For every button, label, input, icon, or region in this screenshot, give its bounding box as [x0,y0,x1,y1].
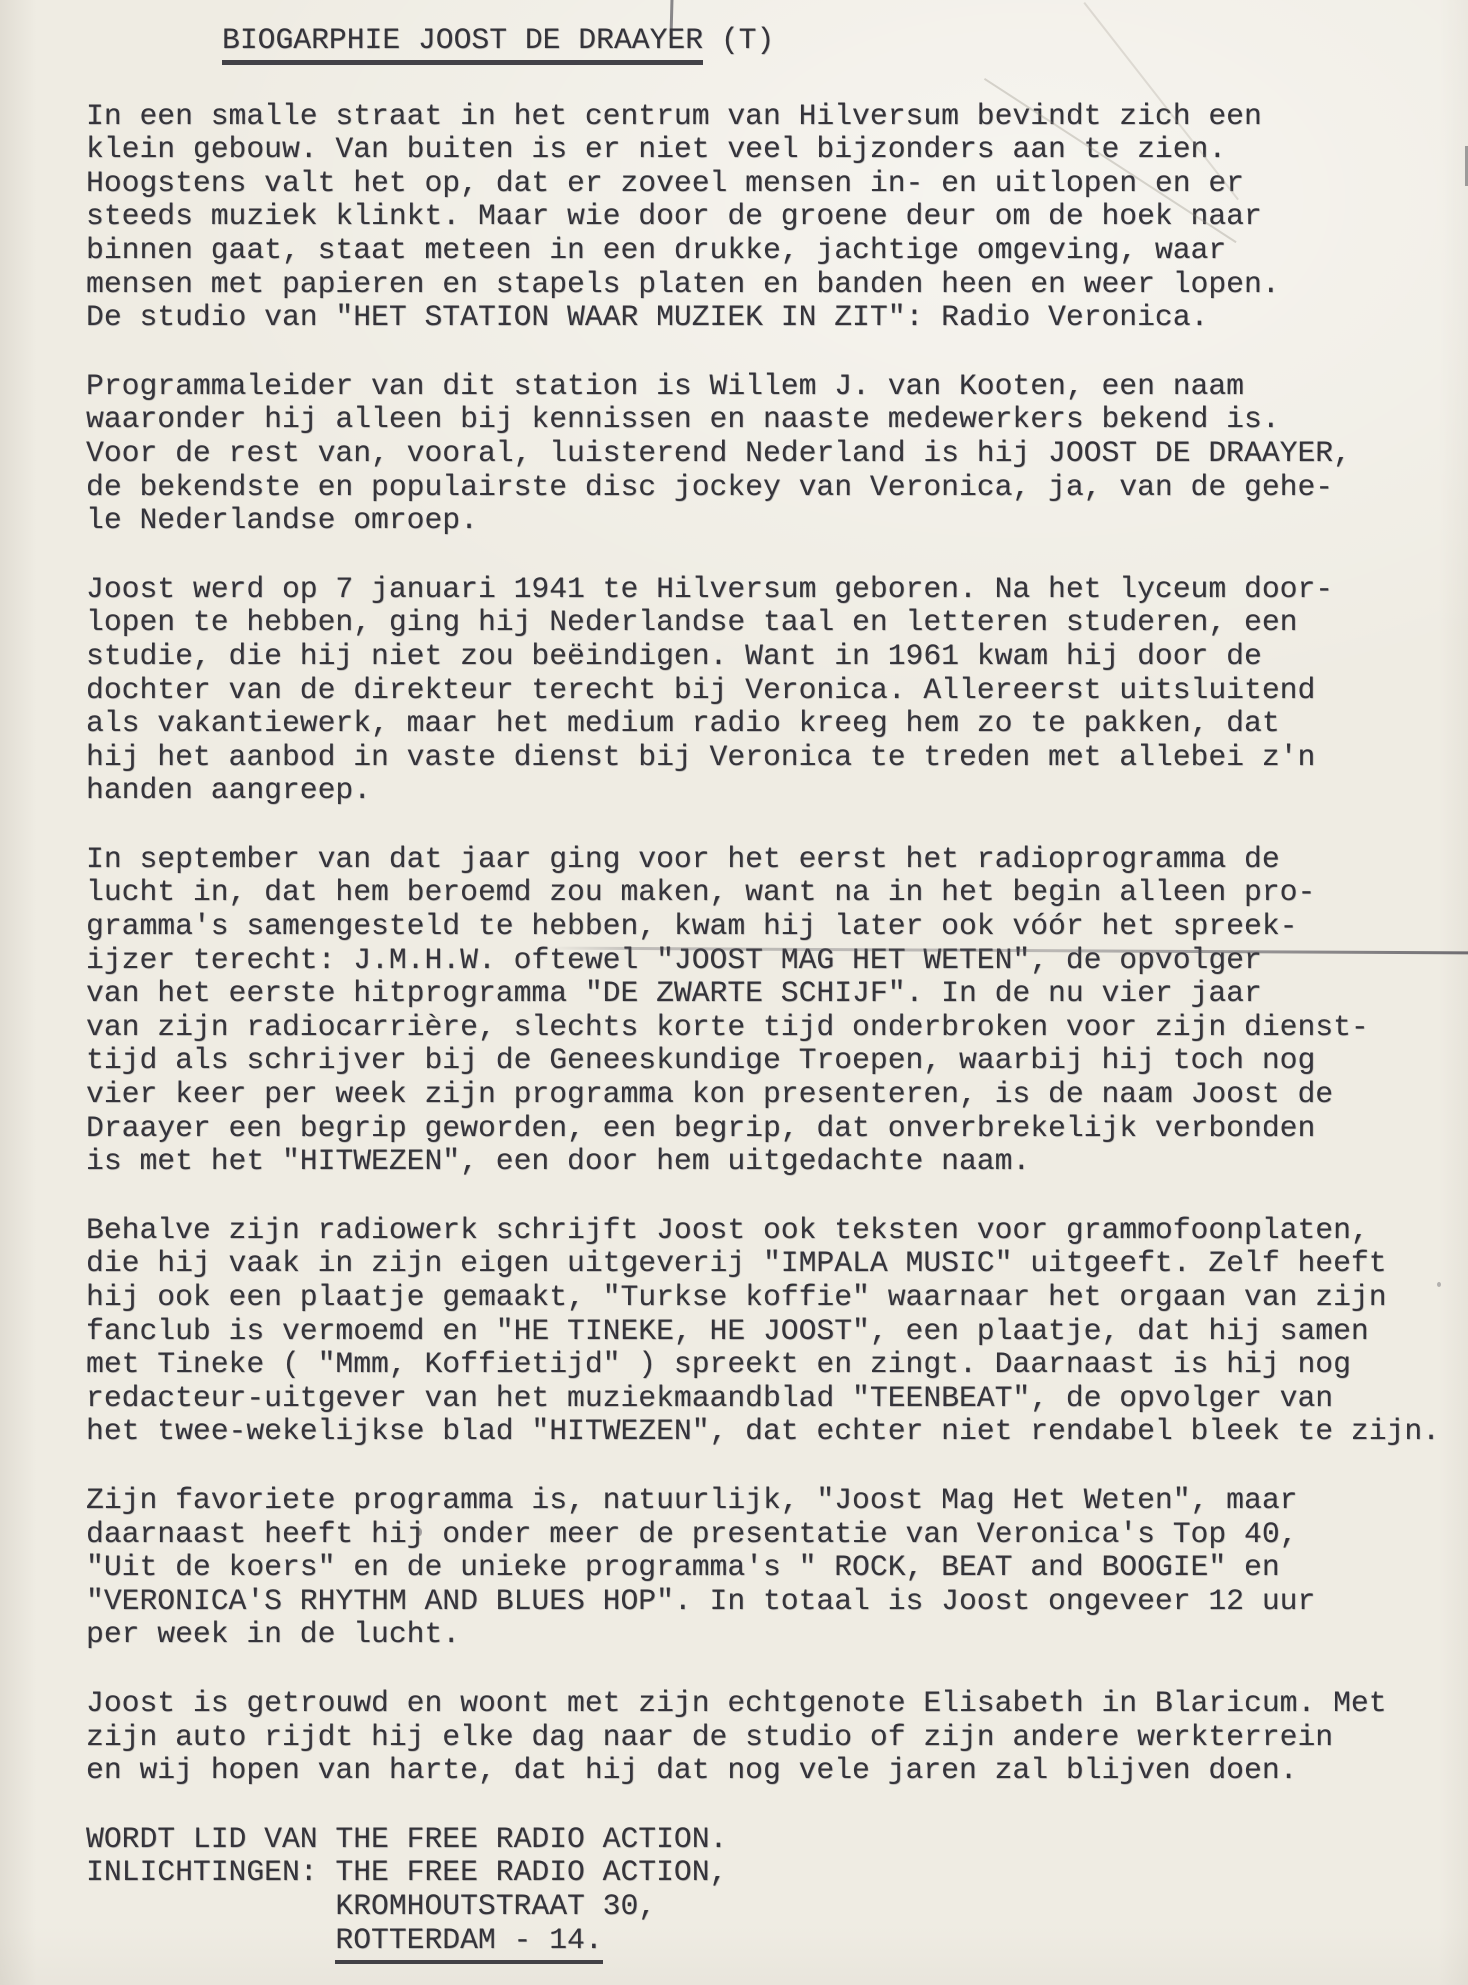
footer-address-city: ROTTERDAM - 14. [335,1924,602,1965]
paragraph-getrouwd: Joost is getrouwd en woont met zijn echt… [86,1687,1442,1788]
paragraph-grammofoonplaten: Behalve zijn radiowerk schrijft Joost oo… [86,1214,1442,1449]
document-title: BIOGARPHIE JOOST DE DRAAYER (T) [222,24,1442,58]
paragraph-radioprogramma: In september van dat jaar ging voor het … [86,843,1442,1179]
footer-call-to-action: WORDT LID VAN THE FREE RADIO ACTION. [86,1823,1442,1857]
typewritten-document-page: BIOGARPHIE JOOST DE DRAAYER (T) In een s… [0,0,1468,1985]
document-title-suffix: (T) [703,23,774,57]
paragraph-jeugd-1941: Joost werd op 7 januari 1941 te Hilversu… [86,573,1442,808]
paragraph-intro-studio: In een smalle straat in het centrum van … [86,100,1442,335]
footer-inlichtingen: INLICHTINGEN: THE FREE RADIO ACTION, [86,1856,1442,1890]
document-title-text: BIOGARPHIE JOOST DE DRAAYER [222,23,703,65]
paragraph-favoriete-programma: Zijn favoriete programma is, natuurlijk,… [86,1484,1442,1652]
paragraph-programmaleider: Programmaleider van dit station is Wille… [86,370,1442,538]
document-content: BIOGARPHIE JOOST DE DRAAYER (T) In een s… [86,24,1442,1964]
footer-address-street: KROMHOUTSTRAAT 30, [335,1890,1442,1924]
footer-block: WORDT LID VAN THE FREE RADIO ACTION. INL… [86,1823,1442,1964]
footer-address-city-row: ROTTERDAM - 14. [335,1924,1442,1965]
